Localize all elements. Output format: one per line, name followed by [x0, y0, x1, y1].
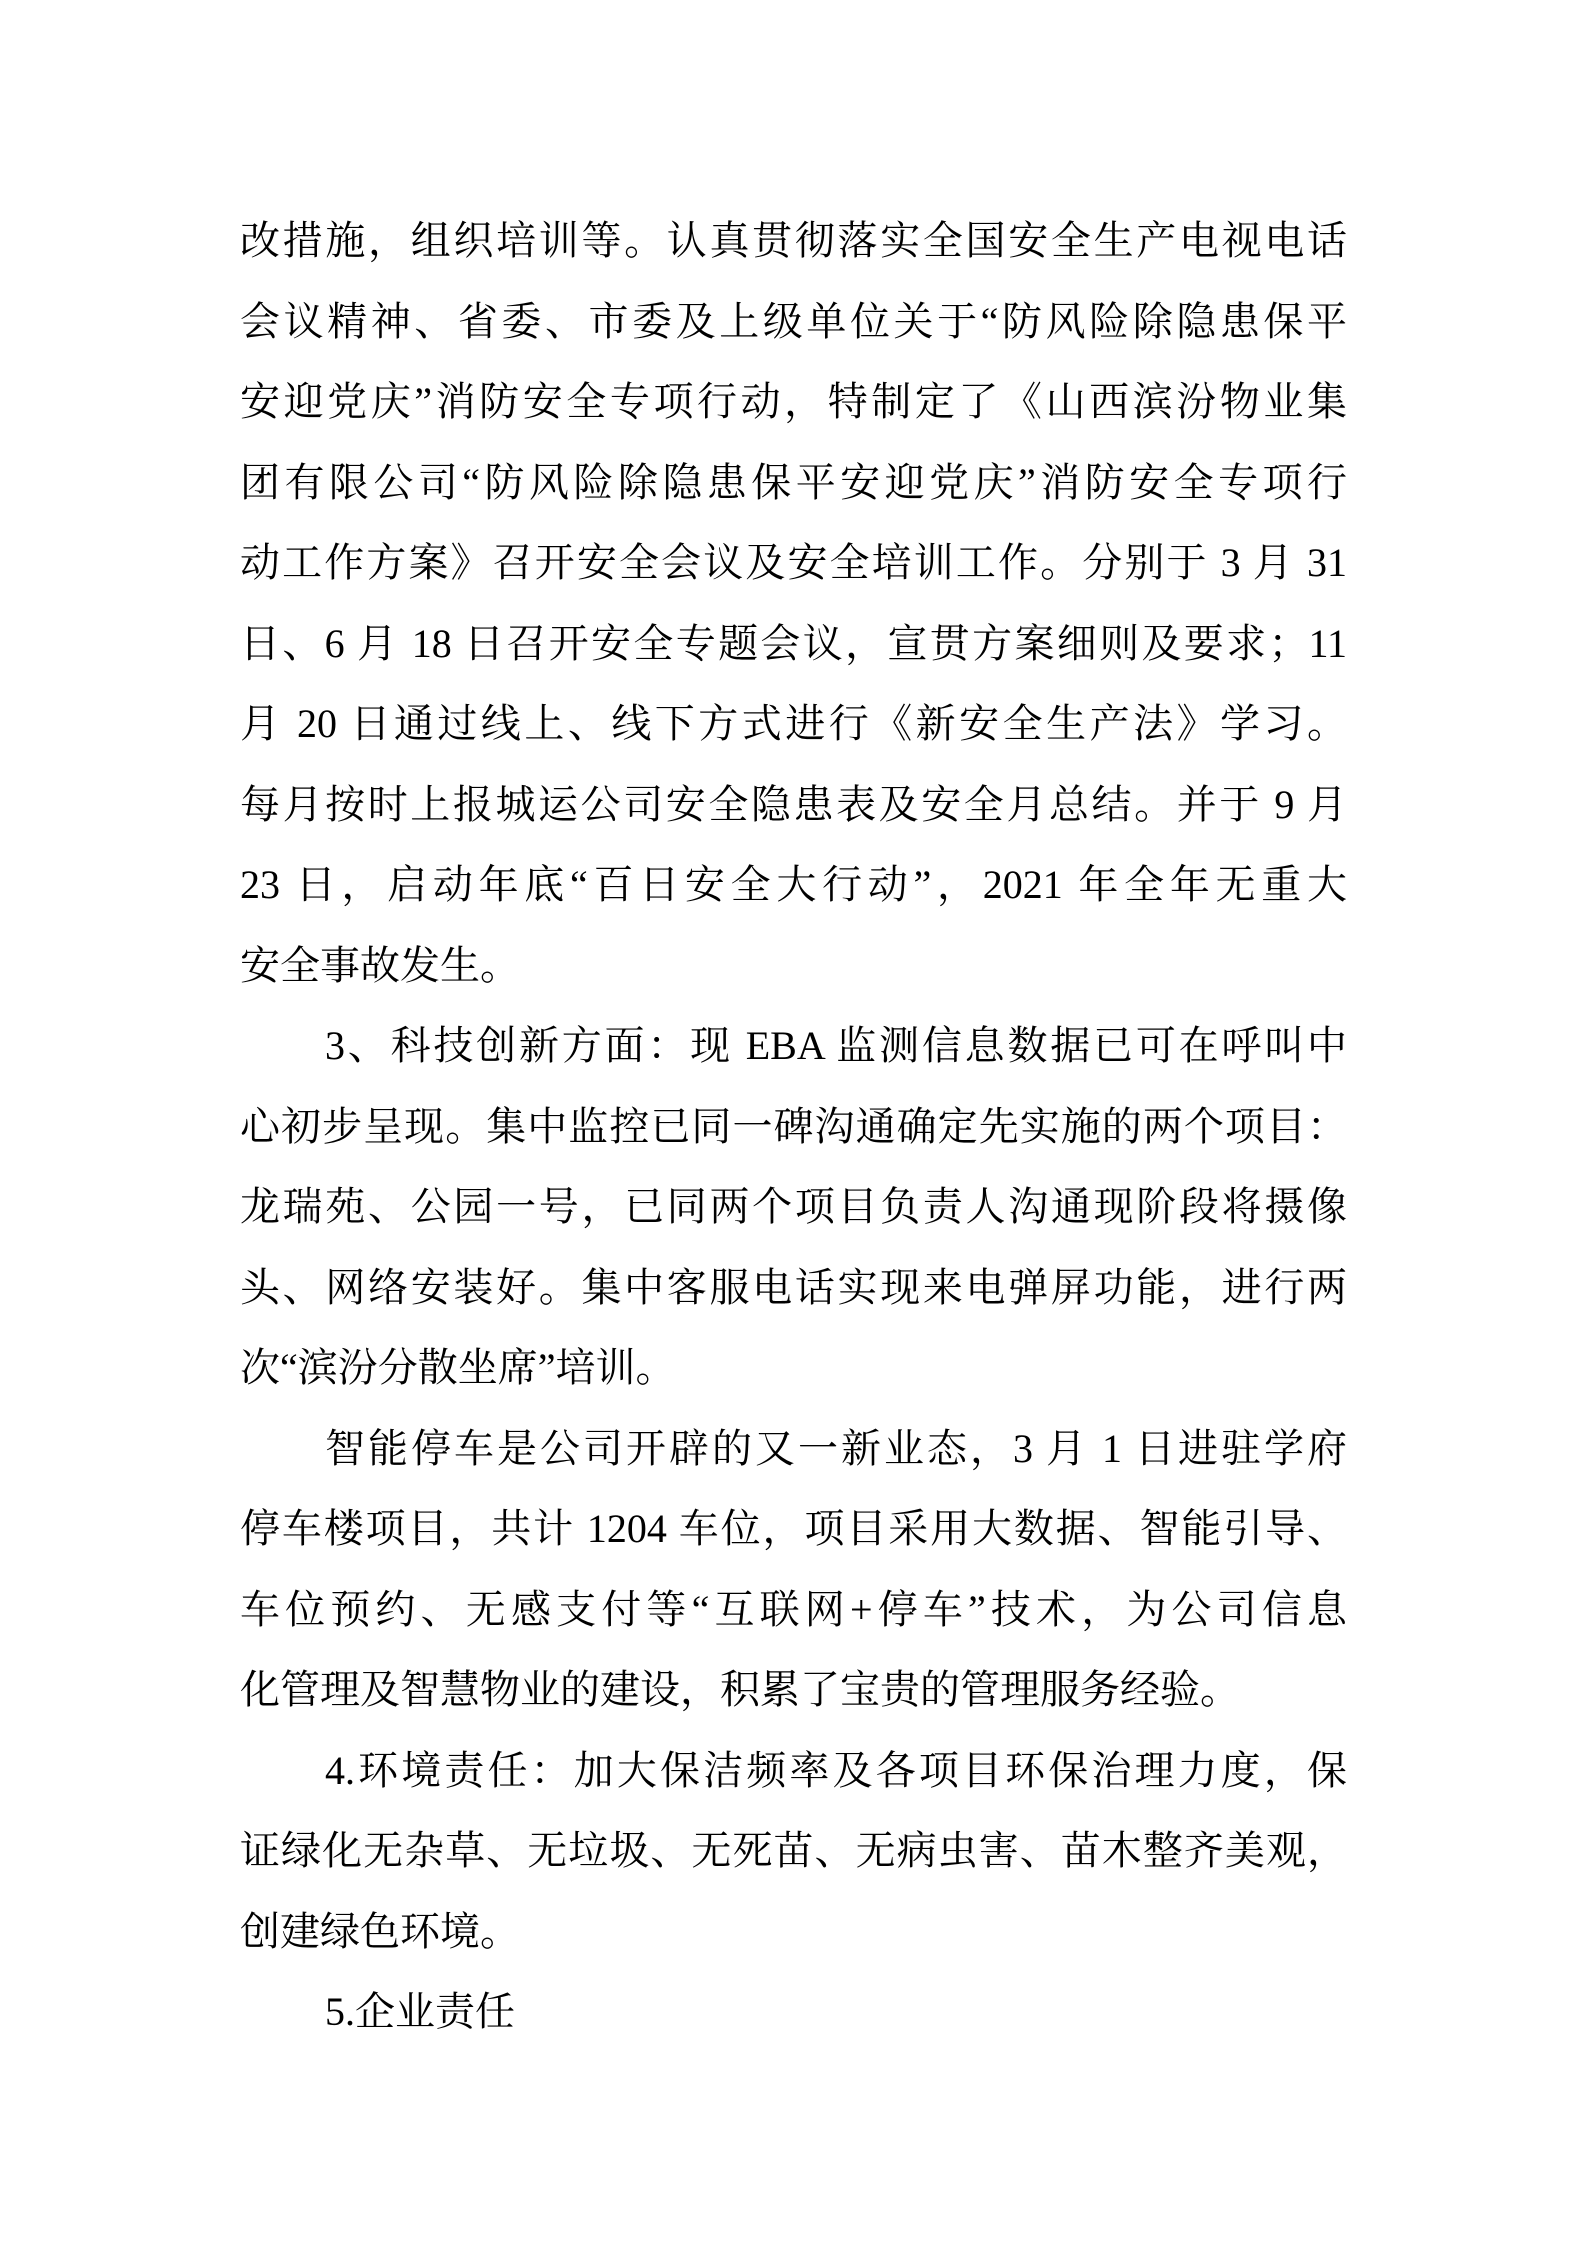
text-line: 停车楼项目，共计 1204 车位，项目采用大数据、智能引导、: [240, 1489, 1347, 1570]
text-line: 团有限公司“防风险除隐患保平安迎党庆”消防安全专项行: [240, 443, 1347, 524]
text-line: 改措施，组织培训等。认真贯彻落实全国安全生产电视电话: [240, 201, 1347, 282]
text-line: 日、6 月 18 日召开安全专题会议，宣贯方案细则及要求；11: [240, 604, 1347, 685]
text-line: 3、科技创新方面：现 EBA 监测信息数据已可在呼叫中: [240, 1006, 1347, 1087]
text-line: 化管理及智慧物业的建设，积累了宝贵的管理服务经验。: [240, 1650, 1347, 1731]
text-line: 安全事故发生。: [240, 926, 1347, 1007]
text-line: 心初步呈现。集中监控已同一碑沟通确定先实施的两个项目：: [240, 1087, 1347, 1168]
text-line: 会议精神、省委、市委及上级单位关于“防风险除隐患保平: [240, 282, 1347, 363]
text-line: 安迎党庆”消防安全专项行动，特制定了《山西滨汾物业集: [240, 362, 1347, 443]
text-line: 5.企业责任: [240, 1972, 1347, 2053]
text-line: 证绿化无杂草、无垃圾、无死苗、无病虫害、苗木整齐美观，: [240, 1811, 1347, 1892]
text-line: 每月按时上报城运公司安全隐患表及安全月总结。并于 9 月: [240, 765, 1347, 846]
text-line: 动工作方案》召开安全会议及安全培训工作。分别于 3 月 31: [240, 523, 1347, 604]
text-line: 月 20 日通过线上、线下方式进行《新安全生产法》学习。: [240, 684, 1347, 765]
text-line: 智能停车是公司开辟的又一新业态，3 月 1 日进驻学府: [240, 1409, 1347, 1490]
text-line: 次“滨汾分散坐席”培训。: [240, 1328, 1347, 1409]
document-text: 改措施，组织培训等。认真贯彻落实全国安全生产电视电话会议精神、省委、市委及上级单…: [240, 201, 1347, 2053]
document-page: 改措施，组织培训等。认真贯彻落实全国安全生产电视电话会议精神、省委、市委及上级单…: [0, 0, 1587, 2245]
text-line: 创建绿色环境。: [240, 1892, 1347, 1973]
text-line: 龙瑞苑、公园一号，已同两个项目负责人沟通现阶段将摄像: [240, 1167, 1347, 1248]
text-line: 车位预约、无感支付等“互联网+停车”技术，为公司信息: [240, 1570, 1347, 1651]
text-line: 23 日，启动年底“百日安全大行动”，2021 年全年无重大: [240, 845, 1347, 926]
text-line: 头、网络安装好。集中客服电话实现来电弹屏功能，进行两: [240, 1248, 1347, 1329]
text-line: 4.环境责任：加大保洁频率及各项目环保治理力度，保: [240, 1731, 1347, 1812]
